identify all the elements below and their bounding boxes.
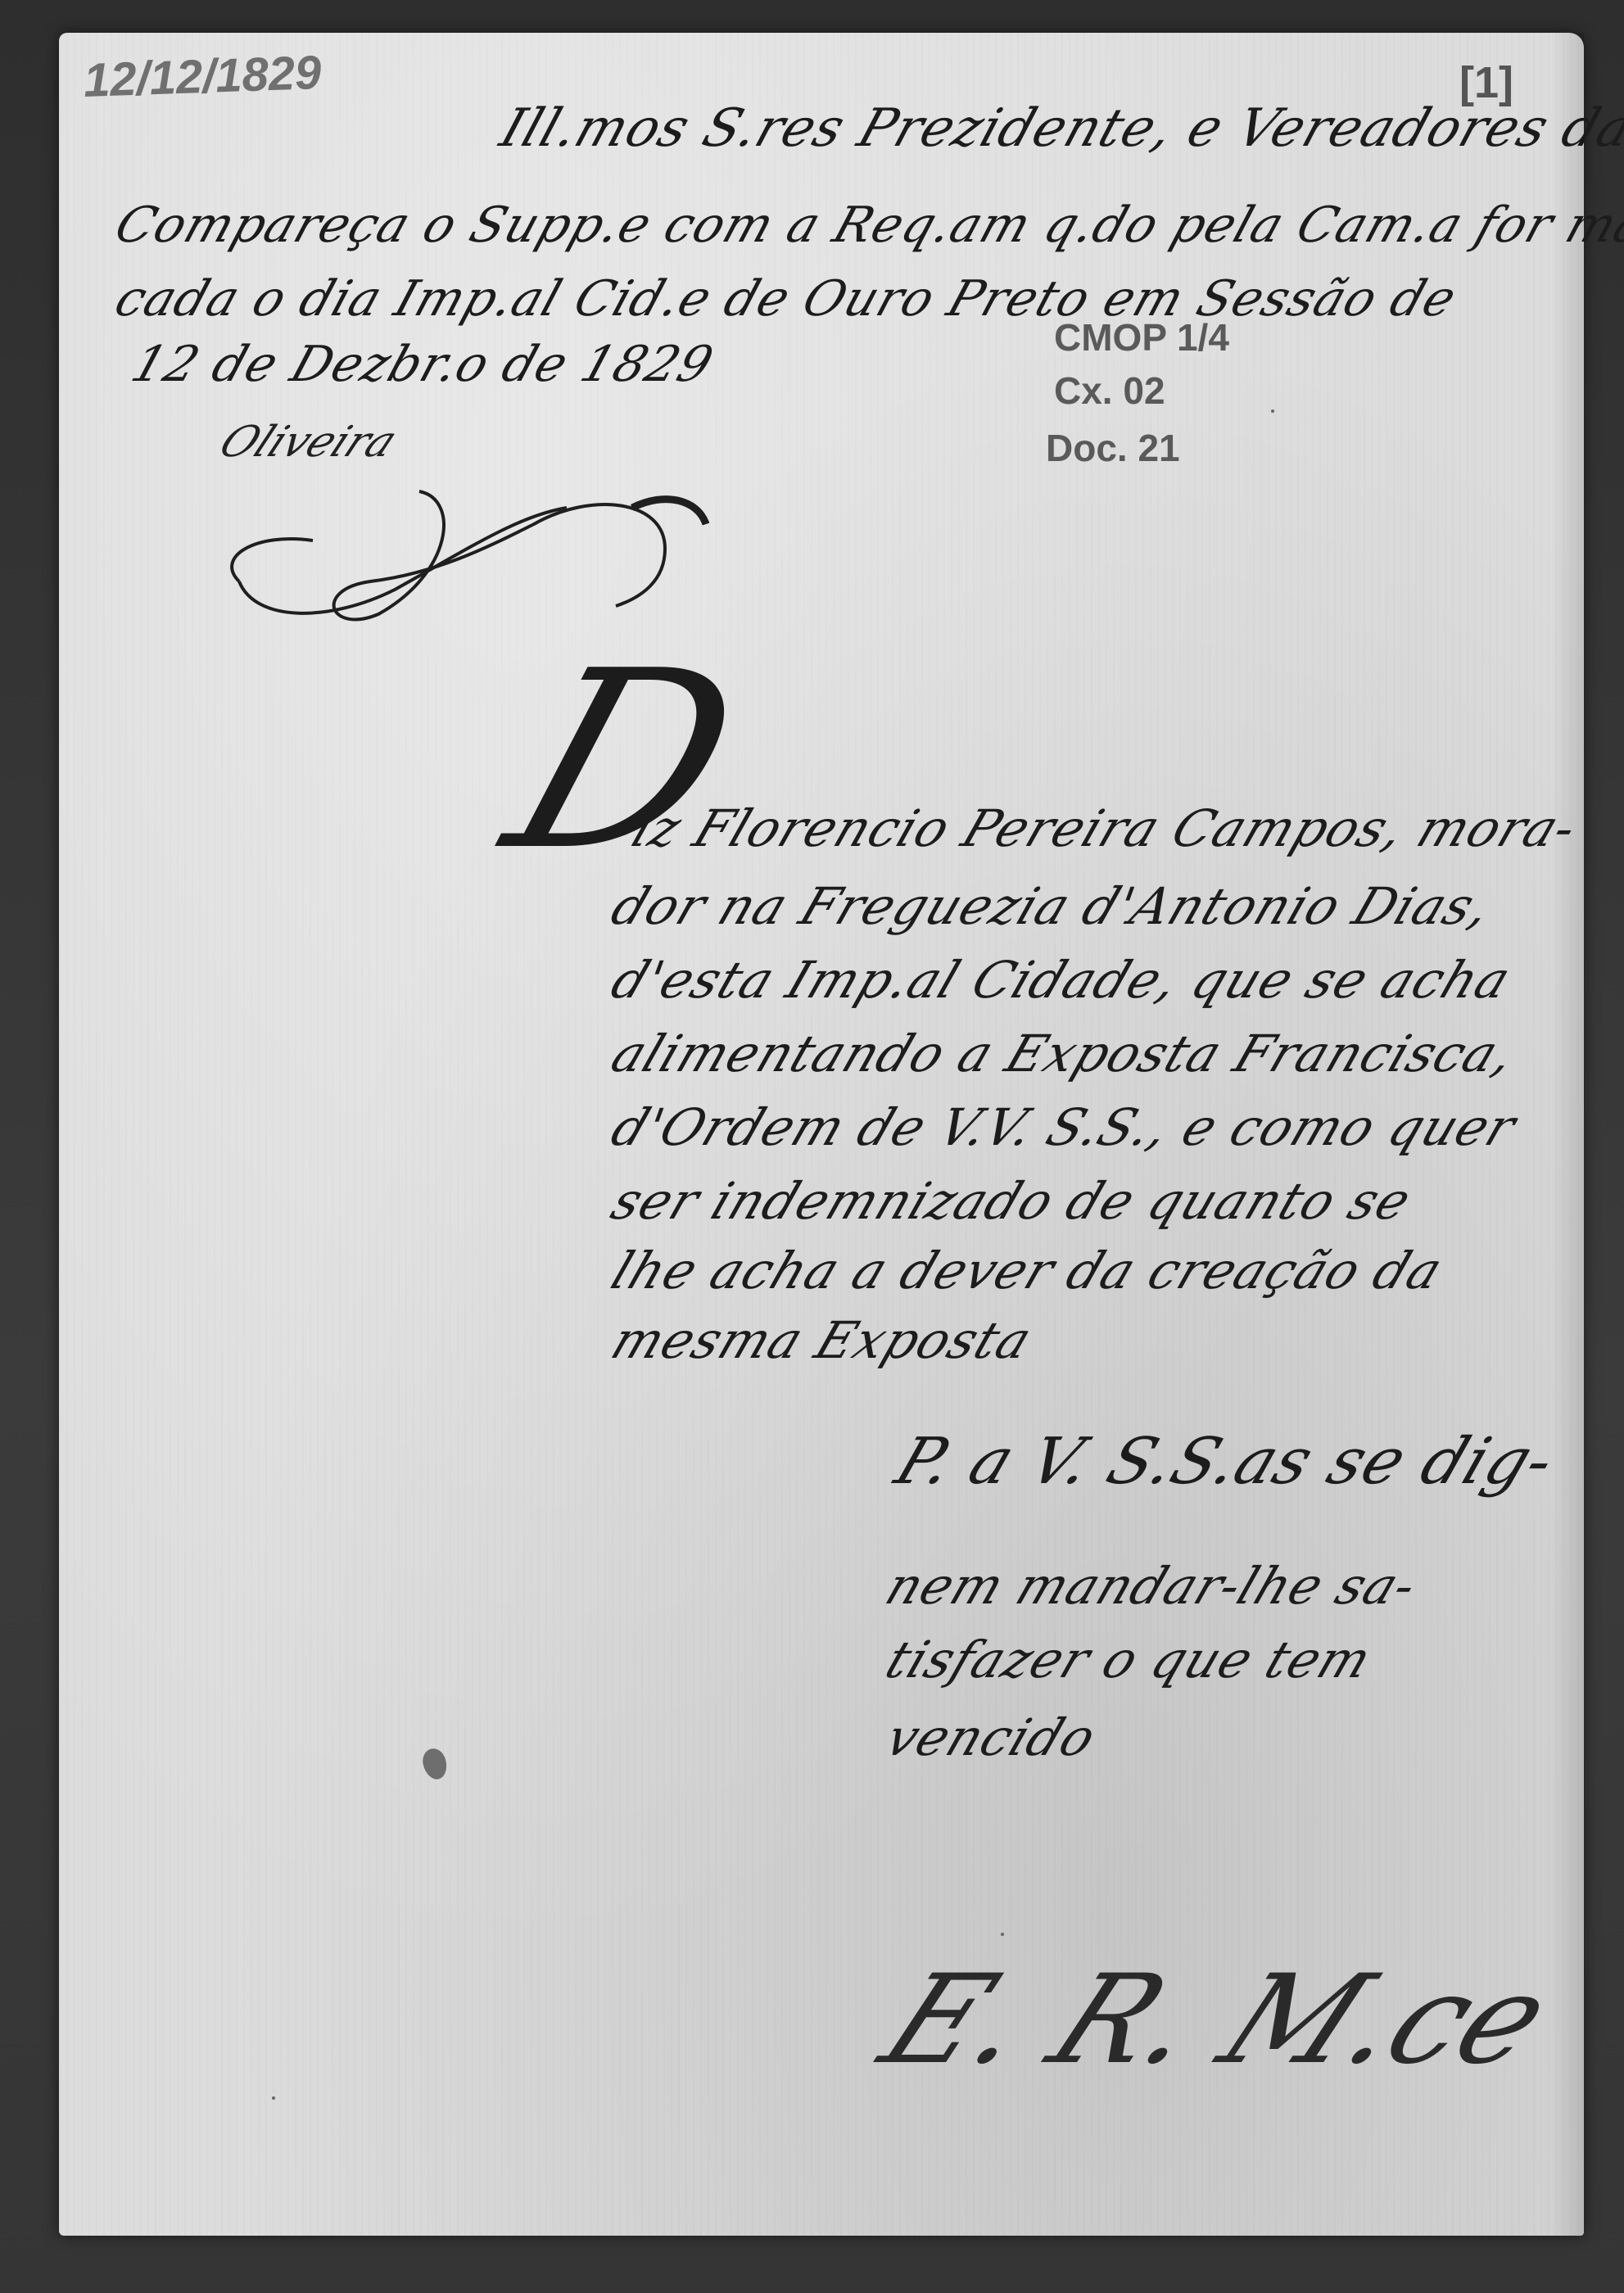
signature-flourish-icon: [206, 459, 862, 639]
petition-line-4: alimentando a Exposta Francisca,: [604, 1024, 1524, 1083]
archive-ref-line-2: Cx. 02: [1054, 369, 1165, 413]
minute-line-1: Compareça o Supp.e com a Req.am q.do pel…: [108, 197, 1624, 254]
petition-line-6: ser indemnizado de quanto se: [604, 1171, 1420, 1231]
ink-stain: [420, 1746, 450, 1782]
archive-ref-line-3: Doc. 21: [1046, 426, 1180, 470]
manuscript-page: 12/12/1829 [1] Ill.mos S.res Prezidente,…: [59, 33, 1584, 2236]
paper-speck: [272, 2096, 275, 2100]
request-line-2: nem mandar-lhe sa-: [878, 1556, 1426, 1616]
petition-line-3: d'esta Imp.al Cidade, que se acha: [604, 950, 1519, 1010]
archive-pencil-date: 12/12/1829: [83, 45, 322, 108]
petition-line-5: d'Ordem de V.V. S.S., e como quer: [604, 1097, 1524, 1157]
minute-line-2: cada o dia Imp.al Cid.e de Ouro Preto em…: [108, 270, 1463, 328]
petition-line-7: lhe acha a dever da creação da: [604, 1241, 1451, 1300]
scan-background: 12/12/1829 [1] Ill.mos S.res Prezidente,…: [0, 0, 1624, 2293]
request-line-3: tisfazer o que tem: [878, 1630, 1380, 1689]
paper-speck: [1001, 1933, 1004, 1936]
request-line-4: vencido: [878, 1707, 1105, 1767]
closing-abbreviation: E. R. M.ce: [861, 1949, 1572, 2092]
request-line-1: P. a V. S.S.as se dig-: [886, 1425, 1565, 1499]
archive-ref-line-1: CMOP 1/4: [1054, 315, 1229, 360]
paper-speck: [1271, 409, 1274, 413]
minute-line-3: 12 de Dezbr.o de 1829: [124, 336, 721, 393]
header-address: Ill.mos S.res Prezidente, e Vereadores d…: [493, 98, 1624, 159]
petition-line-8: mesma Exposta: [604, 1310, 1040, 1370]
petition-line-2: dor na Freguezia d'Antonio Dias,: [604, 876, 1500, 936]
petition-line-1: iz Florencio Pereira Campos, mora-: [624, 798, 1586, 858]
